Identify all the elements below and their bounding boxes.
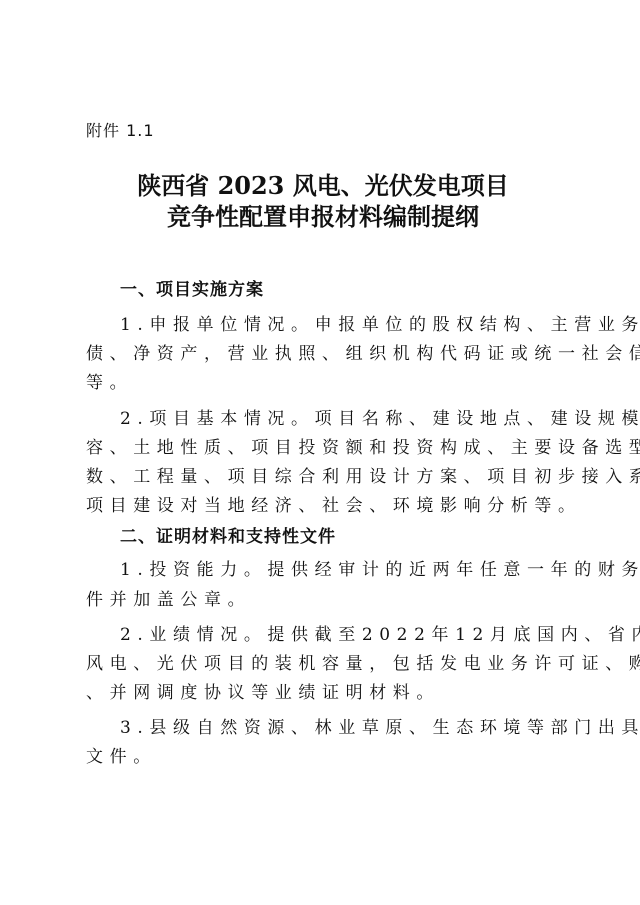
paragraph-line: 文件。 [86, 743, 560, 772]
title-line-2: 竞争性配置申报材料编制提纲 [86, 201, 560, 232]
paragraph-line: 债、净资产，营业执照、组织机构代码证或统一社会信用代码证 [86, 340, 560, 369]
paragraph-line: 数、工程量、项目综合利用设计方案、项目初步接入系统方案、 [86, 463, 560, 492]
section-supporting-documents: 二、证明材料和支持性文件 1.投资能力。提供经审计的近两年任意一年的财务报表复印… [86, 523, 560, 772]
paragraph-line: 项目建设对当地经济、社会、环境影响分析等。 [86, 492, 560, 521]
title-line-1: 陕西省 2023 风电、光伏发电项目 [86, 170, 560, 201]
section-implementation-plan: 一、项目实施方案 1.申报单位情况。申报单位的股权结构、主营业务、资产负 债、净… [86, 276, 560, 521]
paragraph-project-basics: 2.项目基本情况。项目名称、建设地点、建设规模、建设内 容、土地性质、项目投资额… [86, 405, 560, 522]
paragraph-line: 风电、光伏项目的装机容量，包括发电业务许可证、购售电合同 [86, 650, 560, 679]
paragraph-line: 容、土地性质、项目投资额和投资构成、主要设备选型、技术参 [86, 434, 560, 463]
attachment-label: 附件 1.1 [86, 120, 155, 142]
paragraph-line: 件并加盖公章。 [86, 586, 560, 615]
paragraph-line: 1.投资能力。提供经审计的近两年任意一年的财务报表复印 [86, 556, 560, 585]
section-heading: 一、项目实施方案 [86, 276, 560, 305]
paragraph-performance: 2.业绩情况。提供截至2022年12月底国内、省内已建成并网 风电、光伏项目的装… [86, 621, 560, 709]
paragraph-investment-capacity: 1.投资能力。提供经审计的近两年任意一年的财务报表复印 件并加盖公章。 [86, 556, 560, 614]
document-body: 一、项目实施方案 1.申报单位情况。申报单位的股权结构、主营业务、资产负 债、净… [86, 276, 560, 773]
document-title: 陕西省 2023 风电、光伏发电项目 竞争性配置申报材料编制提纲 [86, 170, 560, 232]
section-heading: 二、证明材料和支持性文件 [86, 523, 560, 552]
paragraph-line: 1.申报单位情况。申报单位的股权结构、主营业务、资产负 [86, 311, 560, 340]
paragraph-line: 等。 [86, 369, 560, 398]
paragraph-county-support: 3.县级自然资源、林业草原、生态环境等部门出具的支持性 文件。 [86, 714, 560, 772]
paragraph-line: 、并网调度协议等业绩证明材料。 [86, 679, 560, 708]
paragraph-line: 3.县级自然资源、林业草原、生态环境等部门出具的支持性 [86, 714, 560, 743]
paragraph-line: 2.项目基本情况。项目名称、建设地点、建设规模、建设内 [86, 405, 560, 434]
paragraph-line: 2.业绩情况。提供截至2022年12月底国内、省内已建成并网 [86, 621, 560, 650]
paragraph-applicant-info: 1.申报单位情况。申报单位的股权结构、主营业务、资产负 债、净资产，营业执照、组… [86, 311, 560, 399]
